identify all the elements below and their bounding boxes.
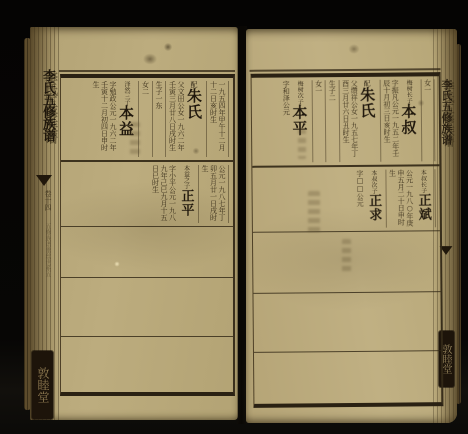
left-grid-row-5 xyxy=(61,337,233,393)
left-spine-volume: 卷十四 xyxy=(43,190,52,220)
left-spine-book-title: 李氏五修族谱 xyxy=(33,69,57,179)
entry-detail: 父缵祥公女一九五七年丁酉三月廿六日丑时生 xyxy=(341,80,359,162)
spouse-prefix: 配 xyxy=(363,80,371,87)
genealogy-entry-spouse: 配朱氏 父缵祥公女一九五七年丁酉三月廿六日丑时生 xyxy=(339,80,381,162)
entry-detail: 字勉政公元一九六二年壬寅十二月初四日申时生 xyxy=(92,81,118,157)
entry-detail: 字小平公元一九八九年己巳九月十五日巳时生 xyxy=(151,165,177,223)
ink-bleed-smudge xyxy=(130,122,140,156)
entry-detail: 女一 xyxy=(314,80,323,162)
left-page: 李氏五修族谱 卷十四 五修族谱垂丝世系五 敦睦堂 一九五四年甲午十二月十二日亥时… xyxy=(30,27,238,420)
genealogy-entry-spouse: 配朱氏 父文田公女一九六二年壬寅三月廿八日戌时生 xyxy=(166,81,207,157)
entry-relation: 泽然三子 xyxy=(123,81,130,105)
person-name: 正求 xyxy=(366,194,381,222)
left-grid-row-1: 一九五四年甲午十二月十二日亥时生 配朱氏 父文田公女一九六二年壬寅三月廿八日戌时… xyxy=(61,78,233,162)
genealogy-entry-person: 梅树长子本叔 字振凡公元一九五二年壬辰十月初三日亥时生 xyxy=(380,79,422,161)
genealogy-entry-children: 生子二 xyxy=(326,80,340,162)
entry-relation: 梅树长子 xyxy=(405,79,412,103)
left-spine-note: 五修族谱垂丝世系五 xyxy=(41,223,54,347)
entry-detail: 字和泽公元 xyxy=(282,80,291,162)
ink-bleed-smudge xyxy=(308,191,320,235)
book-photo: 李氏五修族谱 卷十四 五修族谱垂丝世系五 敦睦堂 一九五四年甲午十二月十二日亥时… xyxy=(0,0,468,434)
entry-detail: 字振凡公元一九五二年壬辰十月初三日亥时生 xyxy=(382,80,400,162)
genealogy-entry-person: 本益之子正平 字小平公元一九八九年己巳九月十五日巳时生 xyxy=(149,165,199,223)
genealogy-entry-daughters: 女一 xyxy=(312,80,326,162)
entry-detail: 生子二 xyxy=(328,80,337,162)
left-grid-row-3 xyxy=(61,227,233,278)
spouse-prefix: 配 xyxy=(190,81,198,88)
person-name: 正斌 xyxy=(416,193,431,221)
right-grid-row-2: 本叔长子正斌 公元一九八○年庚申五月二十日申时生 本叔次子正求 字□□公元 xyxy=(252,166,440,233)
fishtail-mark-icon xyxy=(36,175,52,186)
entry-relation: 梅树次子 xyxy=(296,80,303,104)
right-page: 李氏五修族谱 敦睦堂 女一 梅树长子本叔 字振凡公元一九五二年壬辰十月初三日亥时… xyxy=(246,29,457,423)
right-grid-row-4 xyxy=(253,292,441,353)
ink-bleed-smudge xyxy=(342,239,351,275)
genealogy-entry-children: 生子一东 xyxy=(153,81,167,157)
left-grid-row-2: 公元一九八七年丁卯五月廿一日戌时生 本益之子正平 字小平公元一九八九年己巳九月十… xyxy=(61,162,233,227)
ink-bleed-smudge xyxy=(298,129,306,159)
person-name: 朱氏 xyxy=(185,88,203,120)
entry-relation: 本叔长子 xyxy=(419,169,426,193)
entry-relation: 本叔次子 xyxy=(370,170,377,194)
entry-detail: 一九五四年甲午十二月十二日亥时生 xyxy=(209,81,226,157)
entry-detail: 父文田公女一九六二年壬寅三月廿八日戌时生 xyxy=(168,81,185,157)
left-grid-row-4 xyxy=(61,278,233,337)
genealogy-entry-continuation: 公元一九八七年丁卯五月廿一日戌时生 xyxy=(199,165,230,223)
left-genealogy-grid: 一九五四年甲午十二月十二日亥时生 配朱氏 父文田公女一九六二年壬寅三月廿八日戌时… xyxy=(60,74,235,396)
person-name: 本叔 xyxy=(399,103,417,135)
entry-detail: 公元一九八○年庚申五月二十日申时生 xyxy=(388,169,414,227)
genealogy-entry-person: 本叔长子正斌 公元一九八○年庚申五月二十日申时生 xyxy=(386,169,436,227)
genealogy-entry-continuation: 一九五四年甲午十二月十二日亥时生 xyxy=(207,81,229,157)
person-name: 朱氏 xyxy=(358,87,376,119)
entry-detail: 字□□公元 xyxy=(355,170,364,228)
right-grid-row-5 xyxy=(254,351,441,405)
entry-relation: 本益之子 xyxy=(183,165,190,189)
entry-detail: 女二 xyxy=(141,81,150,157)
person-name: 正平 xyxy=(179,189,194,217)
genealogy-entry-person: 梅树次子本平 字和泽公元 xyxy=(280,80,313,162)
hall-seal-left: 敦睦堂 xyxy=(32,351,53,419)
entry-detail: 生子一东 xyxy=(155,81,164,157)
right-grid-row-1: 女一 梅树长子本叔 字振凡公元一九五二年壬辰十月初三日亥时生 配朱氏 父缵祥公女… xyxy=(252,76,440,168)
genealogy-entry-daughters: 女二 xyxy=(139,81,153,157)
entry-detail: 公元一九八七年丁卯五月廿一日戌时生 xyxy=(201,165,227,223)
genealogy-entry-continuation: 女一 xyxy=(421,79,435,161)
genealogy-entry-person: 本叔次子正求 字□□公元 xyxy=(353,170,386,228)
entry-detail: 女一 xyxy=(423,79,432,161)
